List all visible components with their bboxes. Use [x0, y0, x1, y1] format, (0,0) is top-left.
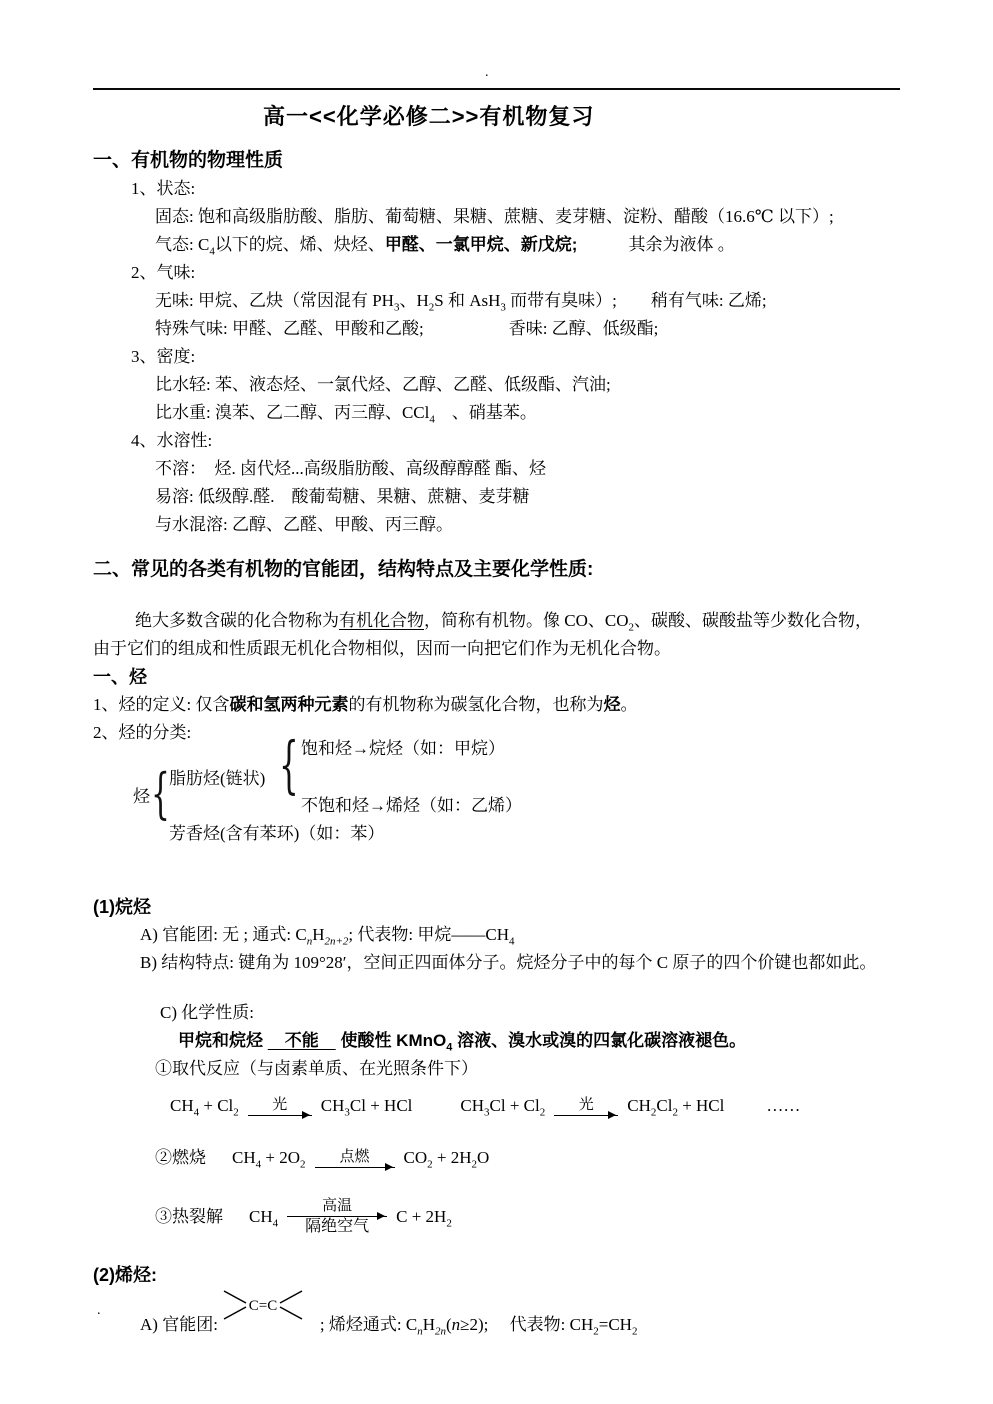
- diagram-unsaturated: 不饱和烃→烯烃（如：乙烯）: [301, 792, 522, 820]
- substitution-equations: CH4 + Cl2 光 CH3Cl + HCl CH3Cl + Cl2 光 CH…: [170, 1083, 913, 1129]
- alkane-line-b: B) 结构特点: 键角为 109°28′，空间正四面体分子。烷烃分子中的每个 C…: [140, 949, 913, 977]
- intro-paragraph-line2: 由于它们的组成和性质跟无机化合物相似，因而一向把它们作为无机化合物。: [93, 635, 913, 663]
- smell-label: 2、气味:: [131, 259, 913, 287]
- arrow-line: [248, 1115, 312, 1116]
- condition-light: 光: [579, 1097, 594, 1114]
- condition-high-temp: 高温: [322, 1198, 352, 1215]
- state-label: 1、状态:: [131, 175, 913, 203]
- state-gas-line: 气态: C4以下的烷、烯、炔烃、甲醛、一氯甲烷、新戊烷; 其余为液体 。: [155, 231, 913, 259]
- document-content: 高一<<化学必修二>>有机物复习 一、有机物的物理性质 1、状态: 固态: 饱和…: [93, 0, 913, 1339]
- ellipsis-dots: ……: [766, 1092, 800, 1120]
- intro-paragraph-line1: 绝大多数含碳的化合物称为有机化合物，简称有机物。像 CO、CO2、碳酸、碳酸盐等…: [93, 607, 913, 635]
- miscible-line: 与水混溶: 乙醇、乙醛、甲酸、丙三醇。: [155, 511, 913, 539]
- diagram-aliphatic: 脂肪烃(链状): [169, 765, 265, 793]
- solubility-label: 4、水溶性:: [131, 427, 913, 455]
- pyrolysis-label: ③热裂解: [155, 1203, 223, 1231]
- hydrocarbon-definition: 1、烃的定义: 仅含碳和氢两种元素的有机物称为碳氢化合物，也称为烃。: [93, 691, 913, 719]
- formula-ch4: CH4: [249, 1203, 278, 1231]
- document-page: . . 高一<<化学必修二>>有机物复习 一、有机物的物理性质 1、状态: 固态…: [0, 0, 993, 1404]
- alkane-line-c: C) 化学性质:: [160, 999, 913, 1027]
- condition-ignite: 点燃: [339, 1149, 369, 1166]
- outer-brace: {: [151, 762, 170, 826]
- insoluble-line: 不溶： 烃. 卤代烃...高级脂肪酸、高级醇醇醛 酯、烃: [155, 455, 913, 483]
- diagram-aromatic: 芳香烃(含有苯环)（如：苯）: [169, 820, 384, 848]
- formula-ch2cl2-hcl: CH2Cl2 + HCl: [627, 1092, 724, 1120]
- reaction-arrow: 光: [248, 1097, 312, 1116]
- alkane-heading: (1)烷烃: [93, 893, 913, 921]
- alkene-a-rest: ; 烯烃通式: CnH2n(n≥2); 代表物: CH2=CH2: [320, 1311, 638, 1339]
- arrow-line: [287, 1216, 387, 1217]
- section2-heading: 二、常见的各类有机物的官能团，结构特点及主要化学性质:: [93, 556, 913, 584]
- hydrocarbon-heading: 一、烃: [93, 663, 913, 691]
- reaction-arrow: 高温 隔绝空气: [287, 1198, 387, 1237]
- page-title: 高一<<化学必修二>>有机物复习: [263, 0, 913, 134]
- section1-heading: 一、有机物的物理性质: [93, 147, 913, 175]
- diagram-root: 烃: [133, 783, 150, 811]
- combustion-label: ②燃烧: [155, 1144, 206, 1172]
- formula-co2-2h2o: CO2 + 2H2O: [404, 1144, 490, 1172]
- density-heavier-line: 比水重: 溴苯、乙二醇、丙三醇、CCl4 、硝基苯。: [155, 399, 913, 427]
- alkene-heading: (2)烯烃:: [93, 1261, 913, 1289]
- density-label: 3、密度:: [131, 343, 913, 371]
- smell-odorless-line: 无味: 甲烷、乙炔（常因混有 PH3、H2S 和 AsH3 而带有臭味）; 稍有…: [155, 287, 913, 315]
- reaction-arrow: 点燃: [315, 1149, 395, 1168]
- arrow-line: [315, 1167, 395, 1168]
- state-solid-line: 固态: 饱和高级脂肪酸、脂肪、葡萄糖、果糖、蔗糖、麦芽糖、淀粉、醋酸（16.6℃…: [155, 203, 913, 231]
- pyrolysis-equation: ③热裂解 CH4 高温 隔绝空气 C + 2H2: [155, 1185, 913, 1249]
- condition-no-air: 隔绝空气: [305, 1217, 369, 1237]
- condition-light: 光: [272, 1097, 287, 1114]
- smell-special-line: 特殊气味: 甲醛、乙醛、甲酸和乙酸; 香味: 乙醇、低级酯;: [155, 315, 913, 343]
- formula-c-2h2: C + 2H2: [396, 1203, 452, 1231]
- arrow-line: [554, 1115, 618, 1116]
- soluble-line: 易溶: 低级醇.醛. 酸葡萄糖、果糖、蔗糖、麦芽糖: [155, 483, 913, 511]
- cc-text: C=C: [249, 1298, 277, 1314]
- alkane-kmno4-line: 甲烷和烷烃 不能 使酸性 KMnO4 溶液、溴水或溴的四氯化碳溶液褪色。: [178, 1027, 913, 1055]
- inner-brace: {: [279, 728, 299, 802]
- alkene-a-label: A) 官能团:: [140, 1311, 218, 1339]
- alkane-line-a: A) 官能团: 无 ; 通式: CnH2n+2; 代表物: 甲烷——CH4: [140, 921, 913, 949]
- alkane-substitution-label: ①取代反应（与卤素单质、在光照条件下）: [155, 1055, 913, 1083]
- formula-ch4-cl2: CH4 + Cl2: [170, 1092, 239, 1120]
- diagram-saturated: 饱和烃→烷烃（如：甲烷）: [301, 735, 505, 763]
- density-lighter-line: 比水轻: 苯、液态烃、一氯代烃、乙醇、乙醛、低级酯、汽油;: [155, 371, 913, 399]
- formula-ch4-2o2: CH4 + 2O2: [232, 1144, 306, 1172]
- formula-ch3cl-cl2: CH3Cl + Cl2: [460, 1092, 545, 1120]
- cc-double-bond-icon: C=C: [220, 1285, 306, 1325]
- combustion-equation: ②燃烧 CH4 + 2O2 点燃 CO2 + 2H2O: [155, 1135, 913, 1181]
- alkene-line-a: A) 官能团: C=C ; 烯烃通式: CnH2n(n≥2); 代表物: CH2…: [140, 1289, 913, 1339]
- formula-ch3cl-hcl: CH3Cl + HCl: [321, 1092, 413, 1120]
- reaction-arrow: 光: [554, 1097, 618, 1116]
- hydrocarbon-classification-diagram: 烃 { 脂肪烃(链状) { 饱和烃→烷烃（如：甲烷） 不饱和烃→烯烃（如：乙烯）…: [93, 735, 913, 853]
